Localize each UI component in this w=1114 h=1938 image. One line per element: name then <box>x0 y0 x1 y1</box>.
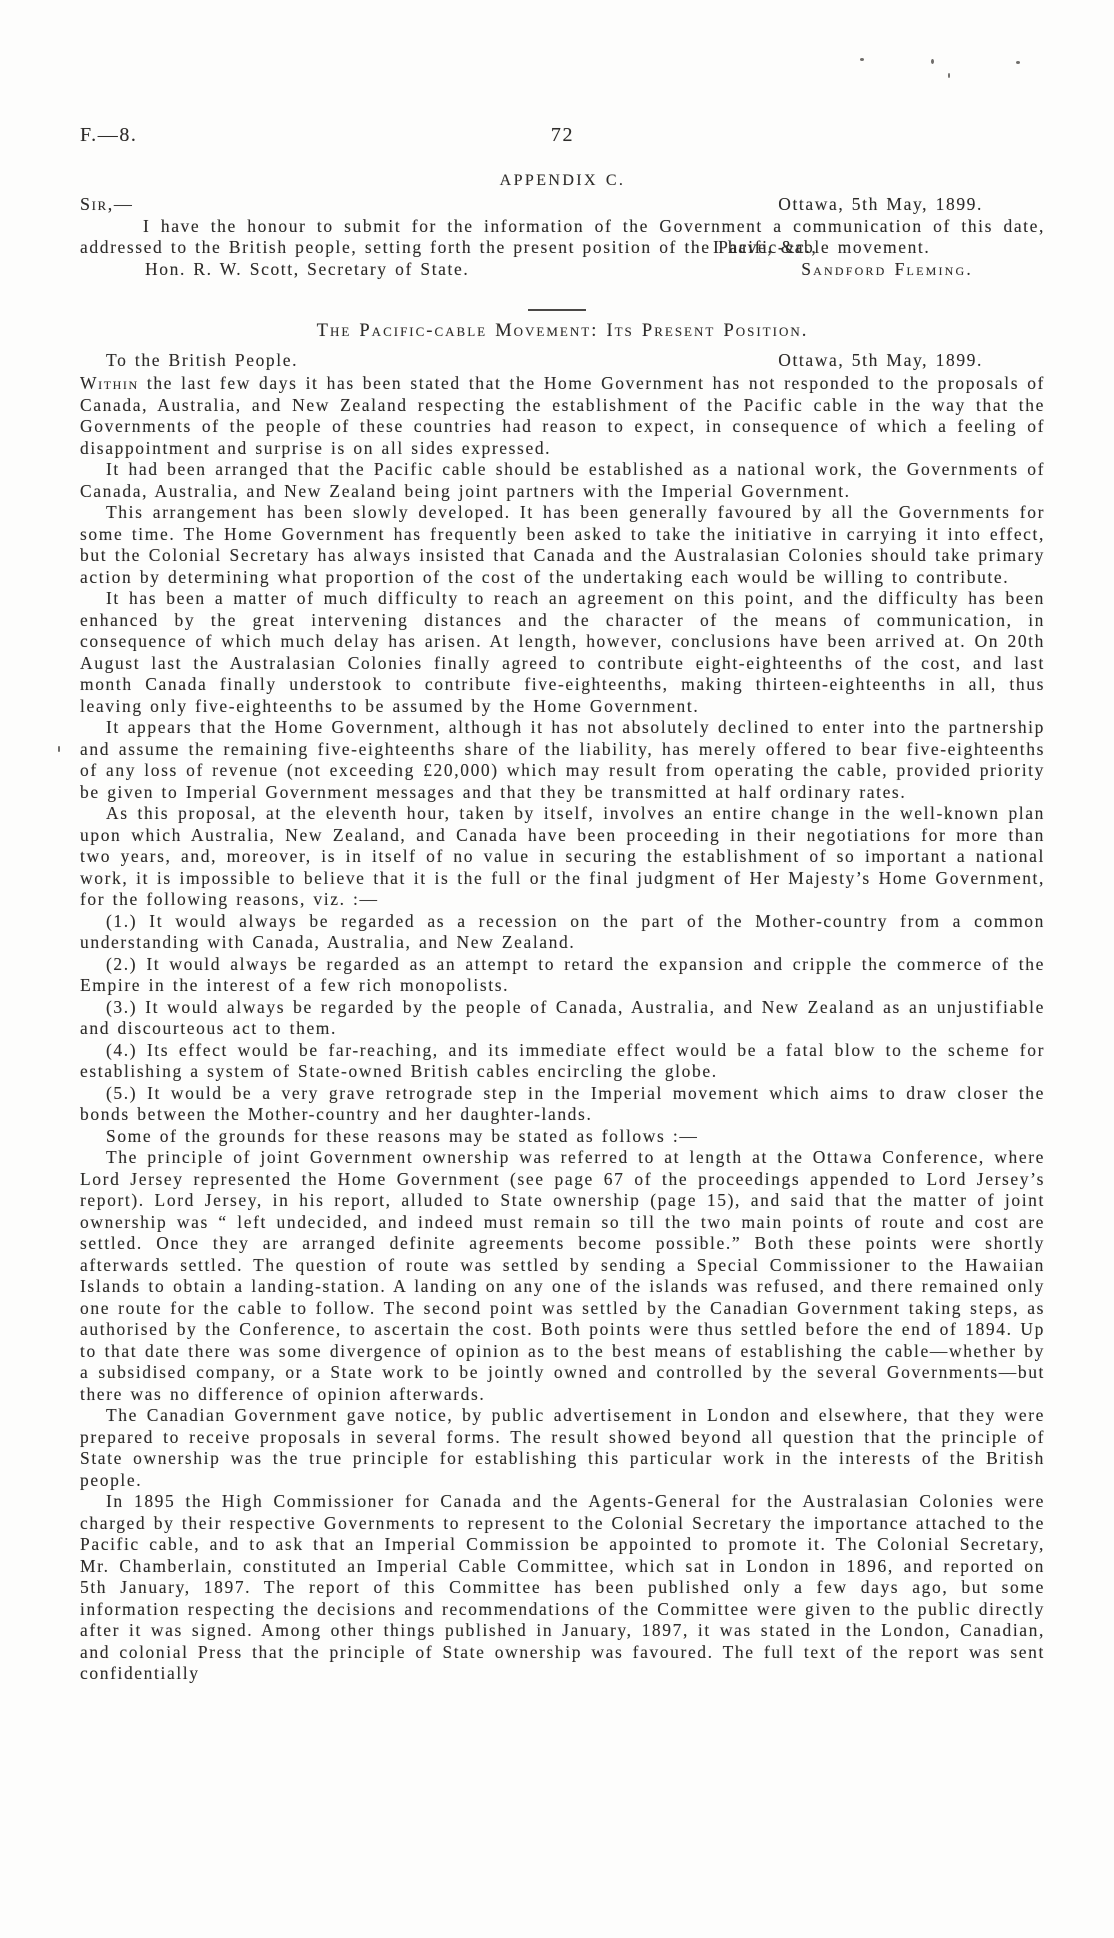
article-body: Within the last few days it has been sta… <box>80 373 1045 1685</box>
paragraph: This arrangement has been slowly develop… <box>80 502 1045 588</box>
letter-salutation: Sir,— <box>80 194 134 216</box>
article-title: The Pacific-cable Movement: Its Present … <box>80 321 1045 342</box>
ink-speck <box>931 59 934 64</box>
letter-addressee: Hon. R. W. Scott, Secretary of State. <box>145 259 469 281</box>
ink-speck <box>1016 61 1020 64</box>
ink-speck <box>948 73 950 78</box>
paragraph: The Canadian Government gave notice, by … <box>80 1405 1045 1491</box>
letter-body: I have the honour to submit for the info… <box>80 216 1045 259</box>
paragraph: (2.) It would always be regarded as an a… <box>80 954 1045 997</box>
lead-word: Within <box>80 373 139 393</box>
ink-speck <box>860 58 864 61</box>
article-salutation: To the British People. <box>106 350 298 371</box>
paragraph: It appears that the Home Government, alt… <box>80 717 1045 803</box>
paragraph: (1.) It would always be regarded as a re… <box>80 911 1045 954</box>
article-dateline: Ottawa, 5th May, 1899. <box>778 350 983 371</box>
paragraph: (3.) It would always be regarded by the … <box>80 997 1045 1040</box>
page-header: F.—8. 72 <box>80 124 1045 147</box>
doc-ref: F.—8. <box>80 124 280 147</box>
paragraph: As this proposal, at the eleventh hour, … <box>80 803 1045 911</box>
letter-section: Sir,— Ottawa, 5th May, 1899. I have the … <box>80 194 1045 280</box>
paragraph: The principle of joint Government owners… <box>80 1147 1045 1405</box>
paragraph: (4.) Its effect would be far-reaching, a… <box>80 1040 1045 1083</box>
ink-speck <box>58 746 60 752</box>
paragraph: (5.) It would be a very grave retrograde… <box>80 1083 1045 1126</box>
paragraph: It has been a matter of much difficulty … <box>80 588 1045 717</box>
paragraph: Within the last few days it has been sta… <box>80 373 1045 459</box>
article-dateline-row: To the British People. Ottawa, 5th May, … <box>80 350 1045 371</box>
letter-dateline: Ottawa, 5th May, 1899. <box>778 194 983 216</box>
paragraph: It had been arranged that the Pacific ca… <box>80 459 1045 502</box>
section-divider <box>528 309 586 311</box>
paragraph: In 1895 the High Commissioner for Canada… <box>80 1491 1045 1685</box>
appendix-heading: APPENDIX C. <box>80 172 1045 190</box>
letter-signature: Sandford Fleming. <box>801 259 973 281</box>
document-page: F.—8. 72 APPENDIX C. Sir,— Ottawa, 5th M… <box>0 0 1114 1938</box>
page-number: 72 <box>280 124 845 147</box>
paragraph: Some of the grounds for these reasons ma… <box>80 1126 1045 1148</box>
